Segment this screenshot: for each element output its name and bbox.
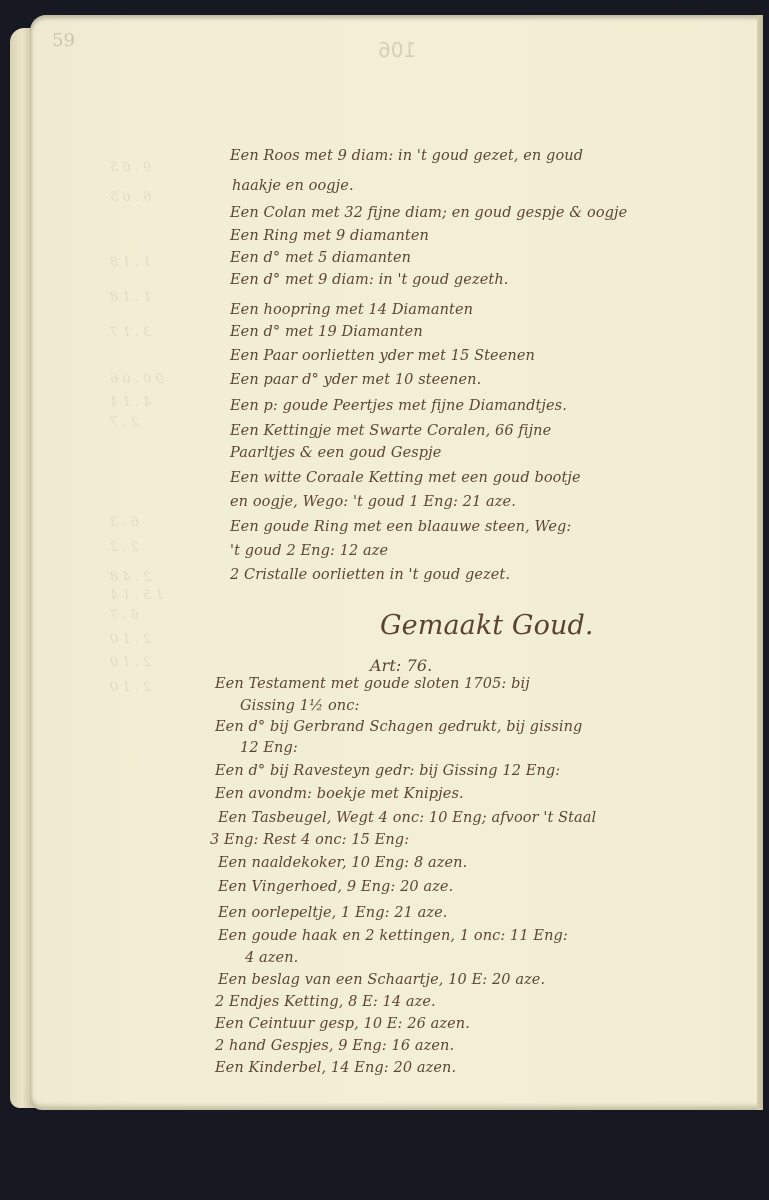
inventory-line: 't goud 2 Eng: 12 aze (230, 543, 388, 559)
inventory-line: Een Kinderbel, 14 Eng: 20 azen. (215, 1060, 456, 1076)
inventory-line: 2 Cristalle oorlietten in 't goud gezet. (230, 567, 510, 583)
inventory-line: Een beslag van een Schaartje, 10 E: 20 a… (218, 972, 545, 988)
inventory-line: Paarltjes & een goud Gespje (230, 445, 441, 461)
section-heading: Gemaakt Goud. (380, 610, 594, 641)
inventory-line: Een witte Coraale Ketting met een goud b… (230, 470, 581, 486)
inventory-line: Een d° met 19 Diamanten (230, 324, 423, 340)
inventory-line: haakje en oogje. (232, 178, 354, 194)
inventory-line: 2 Endjes Ketting, 8 E: 14 aze. (215, 994, 436, 1010)
inventory-line: Een Roos met 9 diam: in 't goud gezet, e… (230, 148, 583, 164)
inventory-line: Gissing 1½ onc: (240, 698, 359, 714)
inventory-line: Een d° met 9 diam: in 't goud gezeth. (230, 272, 508, 288)
inventory-line: Een Testament met goude sloten 1705: bij (215, 676, 530, 692)
page-right-edge (757, 15, 763, 1110)
inventory-line: 4 azen. (245, 950, 298, 966)
article-number: Art: 76. (370, 656, 432, 675)
inventory-line: Een avondm: boekje met Knipjes. (215, 786, 464, 802)
inventory-line: Een Ceintuur gesp, 10 E: 26 azen. (215, 1016, 470, 1032)
inventory-line: Een Ring met 9 diamanten (230, 228, 429, 244)
inventory-line: 2 hand Gespjes, 9 Eng: 16 azen. (215, 1038, 454, 1054)
inventory-line: Een d° bij Gerbrand Schagen gedrukt, bij… (215, 719, 582, 735)
folio-number-show-through: 106 (378, 38, 416, 62)
corner-mark: 59 (52, 30, 75, 51)
manuscript-page (30, 15, 763, 1110)
inventory-line: 3 Eng: Rest 4 onc: 15 Eng: (210, 832, 409, 848)
inventory-line: Een goude Ring met een blaauwe steen, We… (230, 519, 571, 535)
inventory-line: Een goude haak en 2 kettingen, 1 onc: 11… (218, 928, 568, 944)
inventory-line: en oogje, Wego: 't goud 1 Eng: 21 aze. (230, 494, 516, 510)
inventory-line: Een hoopring met 14 Diamanten (230, 302, 473, 318)
scanned-page-view: 106 59 9 . 6 5 6 . 6 5 1 . 1 8 1 . 1 8 3… (0, 0, 769, 1200)
inventory-line: 12 Eng: (240, 740, 298, 756)
inventory-line: Een d° met 5 diamanten (230, 250, 411, 266)
inventory-line: Een naaldekoker, 10 Eng: 8 azen. (218, 855, 467, 871)
inventory-line: Een paar d° yder met 10 steenen. (230, 372, 481, 388)
inventory-line: Een oorlepeltje, 1 Eng: 21 aze. (218, 905, 448, 921)
inventory-line: Een p: goude Peertjes met fijne Diamandt… (230, 398, 567, 414)
inventory-line: Een Tasbeugel, Wegt 4 onc: 10 Eng; afvoo… (218, 810, 596, 826)
inventory-line: Een Vingerhoed, 9 Eng: 20 aze. (218, 879, 453, 895)
inventory-line: Een Kettingje met Swarte Coralen, 66 fij… (230, 423, 551, 439)
inventory-line: Een Colan met 32 fijne diam; en goud ges… (230, 205, 627, 221)
inventory-line: Een d° bij Ravesteyn gedr: bij Gissing 1… (215, 763, 560, 779)
inventory-line: Een Paar oorlietten yder met 15 Steenen (230, 348, 535, 364)
